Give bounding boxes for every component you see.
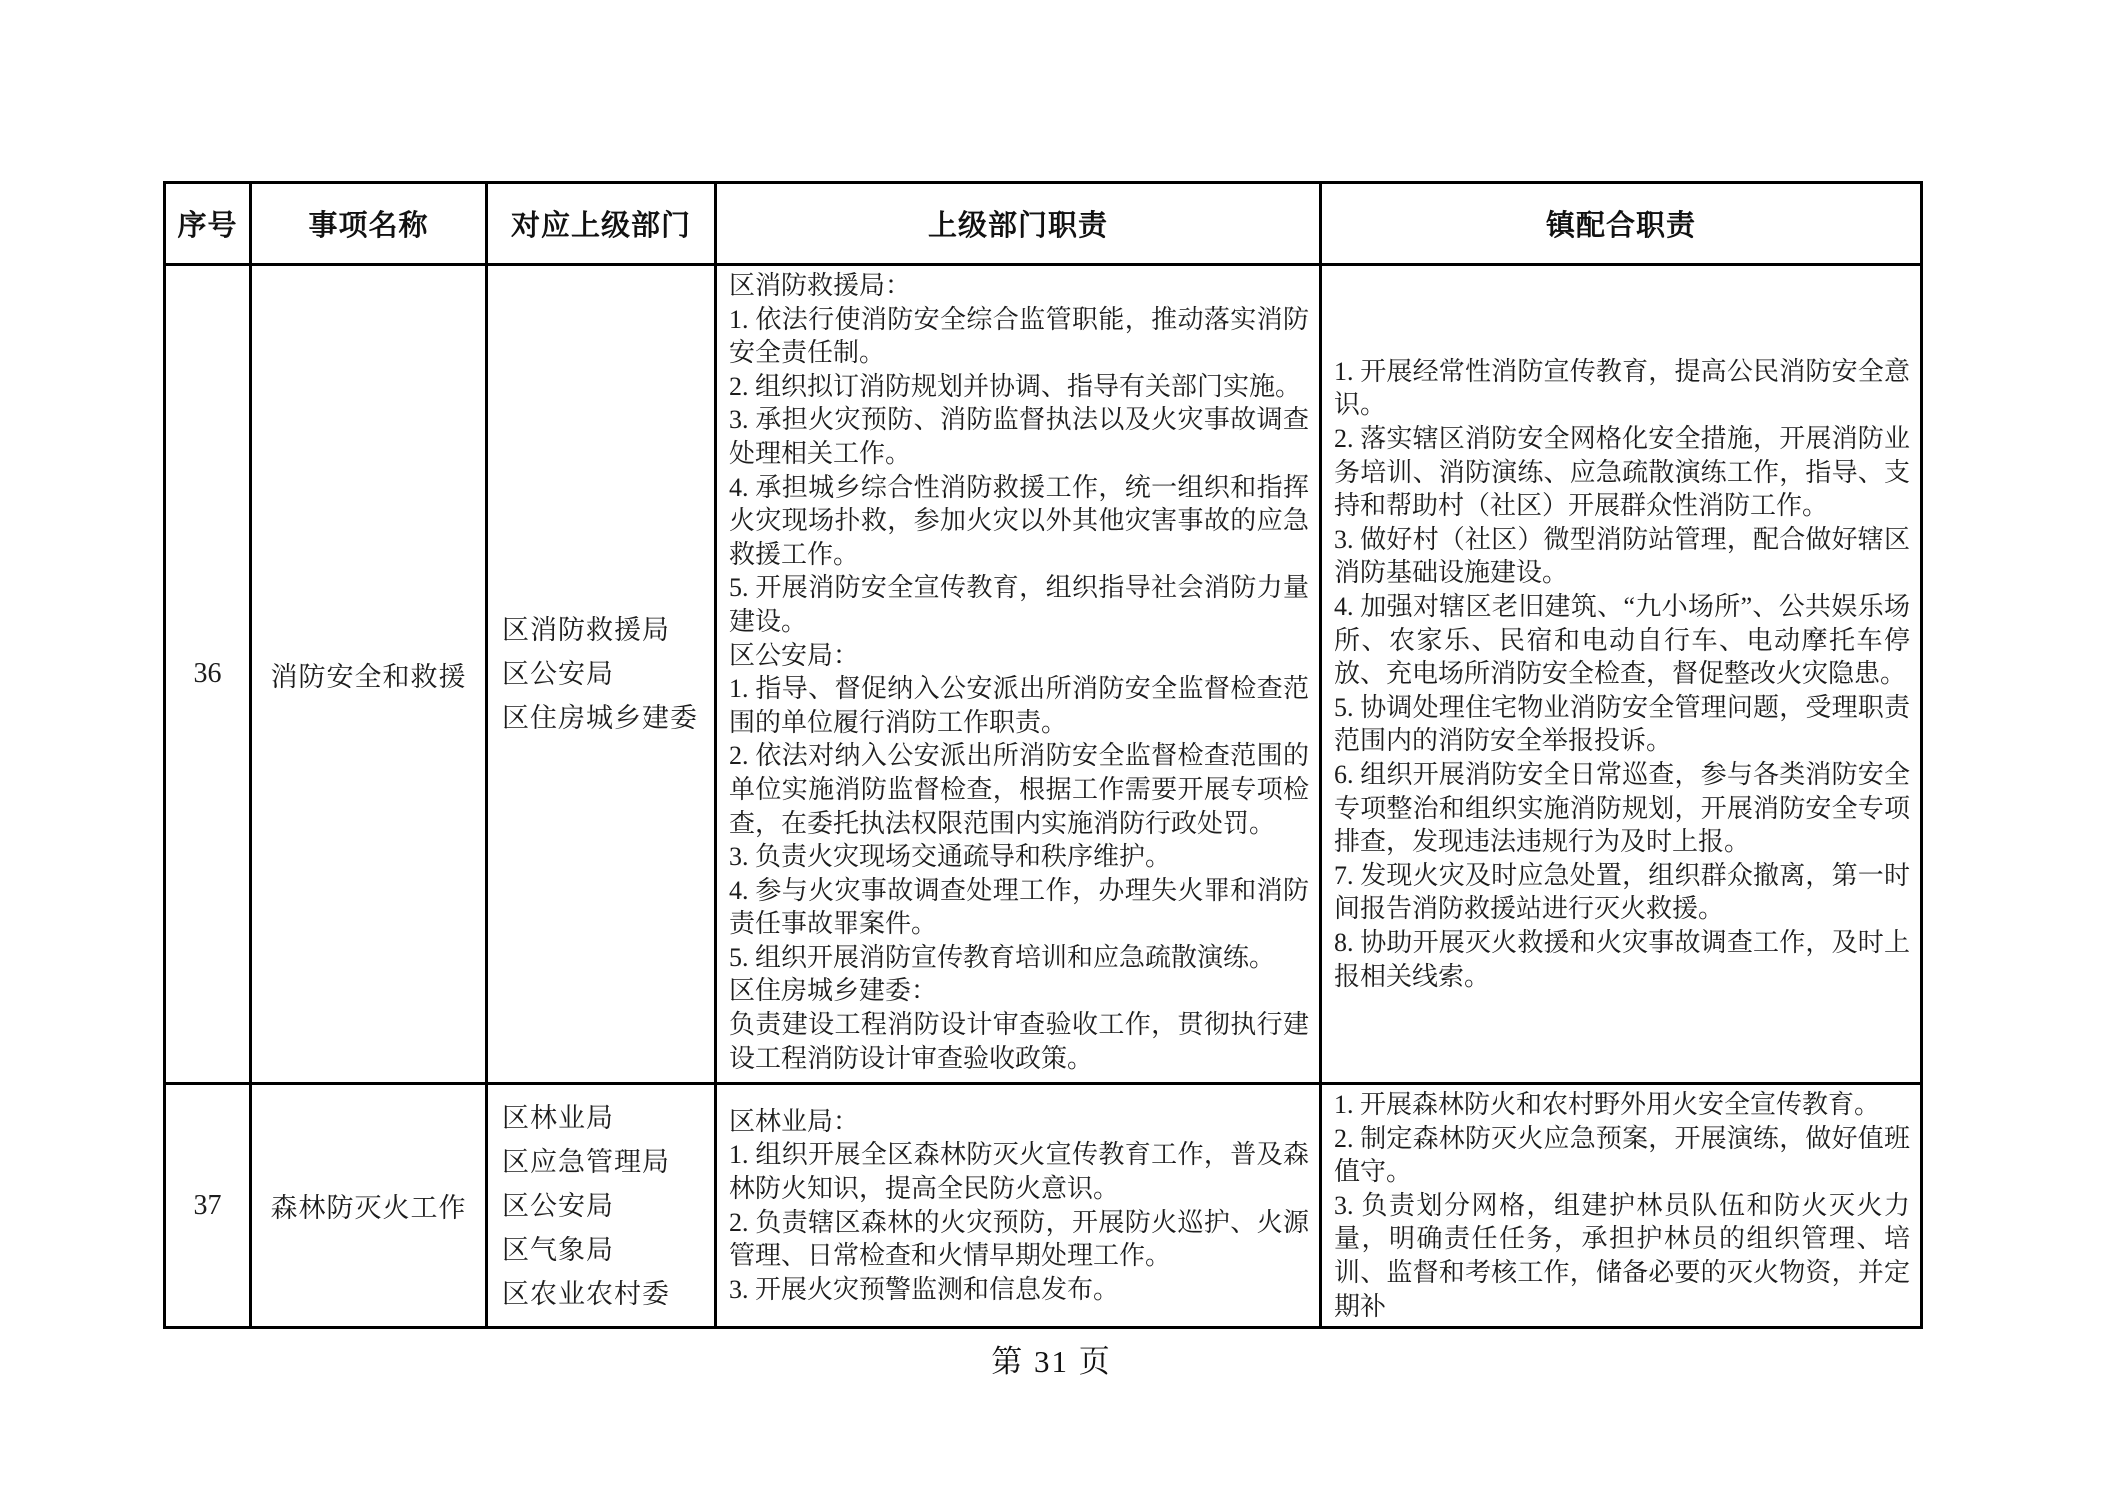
department-item: 区消防救援局 (502, 608, 706, 652)
duty-paragraph: 区住房城乡建委： (729, 974, 1309, 1008)
cell-item-name: 森林防灭火工作 (251, 1084, 487, 1328)
table-row: 36 消防安全和救援 区消防救援局 区公安局 区住房城乡建委 区消防救援局： 1… (165, 265, 1922, 1084)
duty-paragraph: 1. 依法行使消防安全综合监管职能，推动落实消防安全责任制。 (729, 303, 1309, 370)
duty-paragraph: 1. 组织开展全区森林防灭火宣传教育工作，普及森林防火知识，提高全民防火意识。 (729, 1138, 1309, 1205)
duty-paragraph: 负责建设工程消防设计审查验收工作，贯彻执行建设工程消防设计审查验收政策。 (729, 1008, 1309, 1075)
cell-upper-duties: 区林业局： 1. 组织开展全区森林防灭火宣传教育工作，普及森林防火知识，提高全民… (716, 1084, 1321, 1328)
duty-paragraph: 5. 开展消防安全宣传教育，组织指导社会消防力量建设。 (729, 571, 1309, 638)
table-row: 37 森林防灭火工作 区林业局 区应急管理局 区公安局 区气象局 区农业农村委 … (165, 1084, 1922, 1328)
duty-paragraph: 区林业局： (729, 1105, 1309, 1139)
department-item: 区应急管理局 (502, 1140, 706, 1184)
cell-departments: 区林业局 区应急管理局 区公安局 区气象局 区农业农村委 (487, 1084, 716, 1328)
cell-serial-number: 37 (165, 1084, 251, 1328)
duty-paragraph: 区公安局： (729, 639, 1309, 673)
duty-paragraph: 区消防救援局： (729, 269, 1309, 303)
duty-paragraph: 3. 承担火灾预防、消防监督执法以及火灾事故调查处理相关工作。 (729, 403, 1309, 470)
department-item: 区公安局 (502, 652, 706, 696)
duty-paragraph: 3. 开展火灾预警监测和信息发布。 (729, 1273, 1309, 1307)
cell-item-name: 消防安全和救援 (251, 265, 487, 1084)
cell-departments: 区消防救援局 区公安局 区住房城乡建委 (487, 265, 716, 1084)
duty-paragraph: 4. 承担城乡综合性消防救援工作，统一组织和指挥火灾现场扑救，参加火灾以外其他灾… (729, 471, 1309, 572)
header-upper-department: 对应上级部门 (487, 183, 716, 265)
header-item-name: 事项名称 (251, 183, 487, 265)
department-item: 区气象局 (502, 1228, 706, 1272)
duty-paragraph: 2. 依法对纳入公安派出所消防安全监督检查范围的单位实施消防监督检查，根据工作需… (729, 739, 1309, 840)
duty-paragraph: 2. 负责辖区森林的火灾预防，开展防火巡护、火源管理、日常检查和火情早期处理工作… (729, 1206, 1309, 1273)
duty-paragraph: 3. 负责划分网格，组建护林员队伍和防火灭火力量，明确责任任务，承担护林员的组织… (1334, 1189, 1910, 1323)
cell-serial-number: 36 (165, 265, 251, 1084)
responsibilities-table: 序号 事项名称 对应上级部门 上级部门职责 镇配合职责 36 消防安全和救援 区… (163, 181, 1923, 1329)
duty-paragraph: 2. 制定森林防灭火应急预案，开展演练，做好值班值守。 (1334, 1122, 1910, 1189)
department-item: 区公安局 (502, 1184, 706, 1228)
department-item: 区林业局 (502, 1096, 706, 1140)
page-number-footer: 第 31 页 (0, 1336, 2103, 1381)
duty-paragraph: 5. 协调处理住宅物业消防安全管理问题，受理职责范围内的消防安全举报投诉。 (1334, 691, 1910, 758)
cell-town-duties: 1. 开展森林防火和农村野外用火安全宣传教育。 2. 制定森林防灭火应急预案，开… (1321, 1084, 1922, 1328)
header-town-duties: 镇配合职责 (1321, 183, 1922, 265)
cell-town-duties: 1. 开展经常性消防宣传教育，提高公民消防安全意识。 2. 落实辖区消防安全网格… (1321, 265, 1922, 1084)
duty-paragraph: 2. 落实辖区消防安全网格化安全措施，开展消防业务培训、消防演练、应急疏散演练工… (1334, 422, 1910, 523)
department-item: 区农业农村委 (502, 1272, 706, 1316)
duty-paragraph: 3. 做好村（社区）微型消防站管理，配合做好辖区消防基础设施建设。 (1334, 523, 1910, 590)
cell-upper-duties: 区消防救援局： 1. 依法行使消防安全综合监管职能，推动落实消防安全责任制。 2… (716, 265, 1321, 1084)
duty-paragraph: 7. 发现火灾及时应急处置，组织群众撤离，第一时间报告消防救援站进行灭火救援。 (1334, 859, 1910, 926)
department-item: 区住房城乡建委 (502, 696, 706, 740)
duty-paragraph: 2. 组织拟订消防规划并协调、指导有关部门实施。 (729, 370, 1309, 404)
table-header-row: 序号 事项名称 对应上级部门 上级部门职责 镇配合职责 (165, 183, 1922, 265)
duty-paragraph: 5. 组织开展消防宣传教育培训和应急疏散演练。 (729, 941, 1309, 975)
document-page: 序号 事项名称 对应上级部门 上级部门职责 镇配合职责 36 消防安全和救援 区… (0, 0, 2103, 1486)
duty-paragraph: 1. 开展森林防火和农村野外用火安全宣传教育。 (1334, 1088, 1910, 1122)
duty-paragraph: 8. 协助开展灭火救援和火灾事故调查工作，及时上报相关线索。 (1334, 926, 1910, 993)
header-serial-number: 序号 (165, 183, 251, 265)
duty-paragraph: 3. 负责火灾现场交通疏导和秩序维护。 (729, 840, 1309, 874)
duty-paragraph: 1. 指导、督促纳入公安派出所消防安全监督检查范围的单位履行消防工作职责。 (729, 672, 1309, 739)
duty-paragraph: 4. 加强对辖区老旧建筑、“九小场所”、公共娱乐场所、农家乐、民宿和电动自行车、… (1334, 590, 1910, 691)
header-upper-duties: 上级部门职责 (716, 183, 1321, 265)
duty-paragraph: 1. 开展经常性消防宣传教育，提高公民消防安全意识。 (1334, 355, 1910, 422)
duty-paragraph: 4. 参与火灾事故调查处理工作，办理失火罪和消防责任事故罪案件。 (729, 874, 1309, 941)
duty-paragraph: 6. 组织开展消防安全日常巡查，参与各类消防安全专项整治和组织实施消防规划，开展… (1334, 758, 1910, 859)
